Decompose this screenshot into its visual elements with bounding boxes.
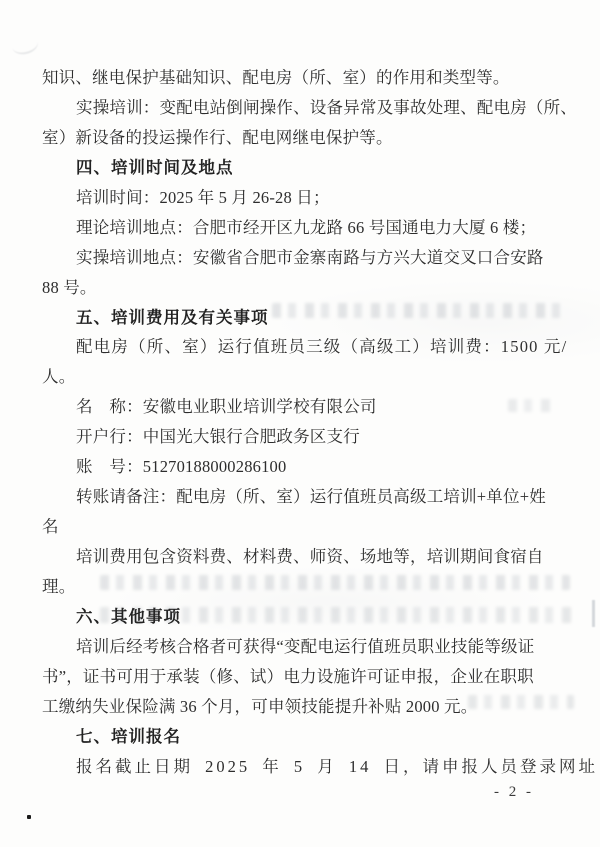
text-line: 开户行：中国光大银行合肥政务区支行: [42, 422, 566, 452]
section-heading: 四、培训时间及地点: [42, 153, 566, 183]
ink-speck: [27, 815, 31, 819]
text-line: 报名截止日期 2025 年 5 月 14 日，请申报人员登录网址: [42, 752, 566, 782]
text-line: 书”，证书可用于承装（修、试）电力设施许可证申报，企业在职职: [42, 662, 566, 692]
scanned-document-page: 知识、继电保护基础知识、配电房（所、室）的作用和类型等。实操培训：变配电站倒闸操…: [0, 0, 600, 847]
text-line: 实操培训：变配电站倒闸操作、设备异常及事故处理、配电房（所、: [42, 93, 566, 123]
document-text: 知识、继电保护基础知识、配电房（所、室）的作用和类型等。实操培训：变配电站倒闸操…: [42, 63, 566, 782]
text-line: 88 号。: [42, 273, 566, 303]
text-line: 培训后经考核合格者可获得“变配电运行值班员职业技能等级证: [42, 632, 566, 662]
text-line: 理论培训地点：合肥市经开区九龙路 66 号国通电力大厦 6 楼；: [42, 213, 566, 243]
text-line: 名: [42, 512, 566, 542]
text-line: 工缴纳失业保险满 36 个月，可申领技能提升补贴 2000 元。: [42, 692, 566, 722]
section-heading: 六、其他事项: [42, 602, 566, 632]
text-line: 人。: [42, 362, 566, 392]
text-line: 培训费用包含资料费、材料费、师资、场地等，培训期间食宿自: [42, 542, 566, 572]
text-line: 室）新设备的投运操作行、配电网继电保护等。: [42, 123, 566, 153]
text-line: 账 号：51270188000286100: [42, 452, 566, 482]
text-line: 配电房（所、室）运行值班员三级（高级工）培训费：1500 元/: [42, 332, 566, 362]
text-line: 转账请备注：配电房（所、室）运行值班员高级工培训+单位+姓: [42, 482, 566, 512]
section-heading: 七、培训报名: [42, 722, 566, 752]
text-line: 知识、继电保护基础知识、配电房（所、室）的作用和类型等。: [42, 63, 566, 93]
text-line: 理。: [42, 572, 566, 602]
text-line: 培训时间：2025 年 5 月 26-28 日；: [42, 183, 566, 213]
smudge-mark: [10, 33, 40, 57]
text-line: 实操培训地点：安徽省合肥市金寨南路与方兴大道交叉口合安路: [42, 243, 566, 273]
section-heading: 五、培训费用及有关事项: [42, 303, 566, 333]
text-line: 名 称：安徽电业职业培训学校有限公司: [42, 392, 566, 422]
page-number: - 2 -: [494, 784, 534, 800]
bleedthrough-artifact: [592, 600, 595, 627]
